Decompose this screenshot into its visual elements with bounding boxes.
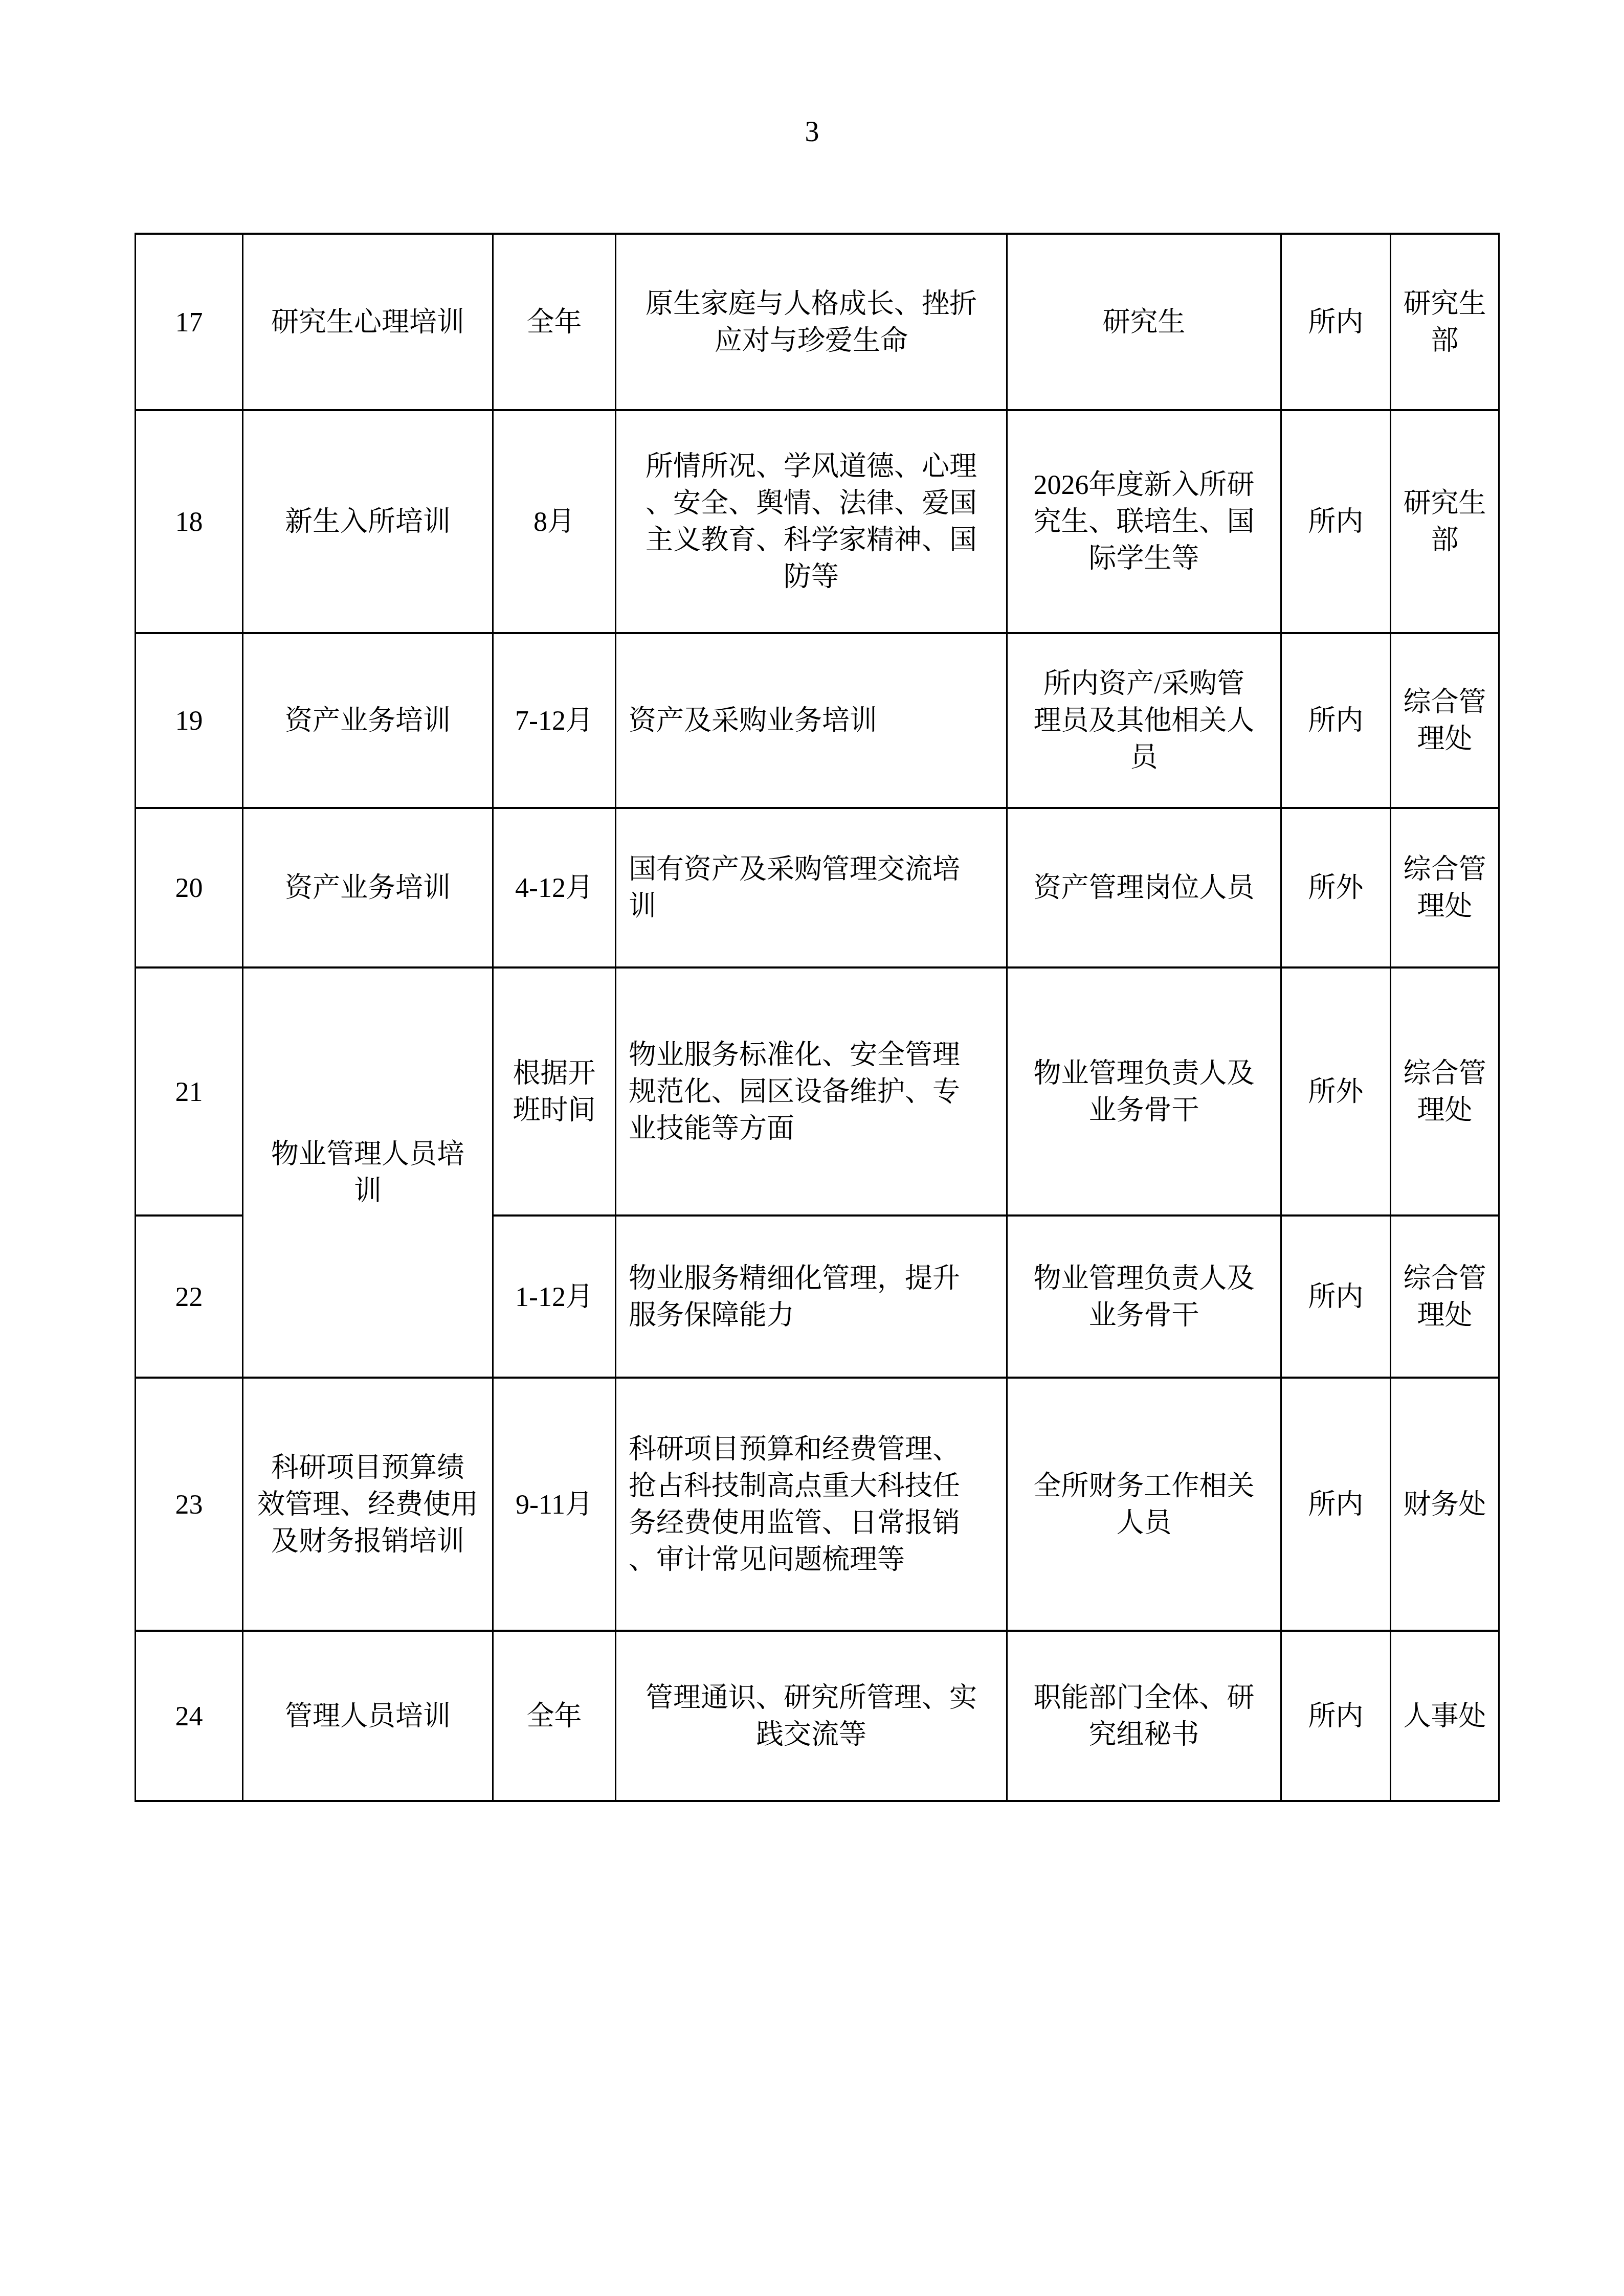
time-cell: 8月	[493, 410, 616, 633]
location-cell: 所外	[1281, 808, 1391, 967]
audience-cell: 研究生	[1007, 234, 1281, 410]
seq-cell: 18	[136, 410, 243, 633]
content-cell: 管理通识、研究所管理、实 践交流等	[616, 1631, 1007, 1801]
location-cell: 所内	[1281, 1215, 1391, 1378]
table-row: 17 研究生心理培训 全年 原生家庭与人格成长、挫折 应对与珍爱生命 研究生 所…	[136, 234, 1499, 410]
content-cell: 资产及采购业务培训	[616, 633, 1007, 808]
course-name-cell-merged: 物业管理人员培 训	[243, 967, 493, 1378]
audience-cell: 物业管理负责人及 业务骨干	[1007, 1215, 1281, 1378]
time-cell: 9-11月	[493, 1378, 616, 1631]
seq-cell: 23	[136, 1378, 243, 1631]
course-name-cell: 资产业务培训	[243, 808, 493, 967]
department-cell: 综合管 理处	[1391, 1215, 1499, 1378]
time-cell: 7-12月	[493, 633, 616, 808]
table-row: 21 物业管理人员培 训 根据开 班时间 物业服务标准化、安全管理 规范化、园区…	[136, 967, 1499, 1215]
department-cell: 研究生 部	[1391, 410, 1499, 633]
content-cell: 所情所况、学风道德、心理 、安全、舆情、法律、爱国 主义教育、科学家精神、国 防…	[616, 410, 1007, 633]
course-name-cell: 新生入所培训	[243, 410, 493, 633]
content-cell: 物业服务标准化、安全管理 规范化、园区设备维护、专 业技能等方面	[616, 967, 1007, 1215]
table-row: 20 资产业务培训 4-12月 国有资产及采购管理交流培 训 资产管理岗位人员 …	[136, 808, 1499, 967]
audience-cell: 物业管理负责人及 业务骨干	[1007, 967, 1281, 1215]
seq-cell: 19	[136, 633, 243, 808]
course-name-cell: 资产业务培训	[243, 633, 493, 808]
location-cell: 所内	[1281, 410, 1391, 633]
department-cell: 人事处	[1391, 1631, 1499, 1801]
course-name-cell: 研究生心理培训	[243, 234, 493, 410]
location-cell: 所外	[1281, 967, 1391, 1215]
location-cell: 所内	[1281, 1378, 1391, 1631]
department-cell: 综合管 理处	[1391, 967, 1499, 1215]
seq-cell: 17	[136, 234, 243, 410]
time-cell: 根据开 班时间	[493, 967, 616, 1215]
location-cell: 所内	[1281, 234, 1391, 410]
seq-cell: 24	[136, 1631, 243, 1801]
content-cell: 国有资产及采购管理交流培 训	[616, 808, 1007, 967]
time-cell: 全年	[493, 1631, 616, 1801]
table-row: 23 科研项目预算绩 效管理、经费使用 及财务报销培训 9-11月 科研项目预算…	[136, 1378, 1499, 1631]
audience-cell: 所内资产/采购管 理员及其他相关人 员	[1007, 633, 1281, 808]
time-cell: 全年	[493, 234, 616, 410]
time-cell: 1-12月	[493, 1215, 616, 1378]
audience-cell: 资产管理岗位人员	[1007, 808, 1281, 967]
department-cell: 研究生 部	[1391, 234, 1499, 410]
course-name-cell: 管理人员培训	[243, 1631, 493, 1801]
content-cell: 科研项目预算和经费管理、 抢占科技制高点重大科技任 务经费使用监管、日常报销 、…	[616, 1378, 1007, 1631]
location-cell: 所内	[1281, 633, 1391, 808]
content-cell: 物业服务精细化管理，提升 服务保障能力	[616, 1215, 1007, 1378]
seq-cell: 21	[136, 967, 243, 1215]
table-row: 18 新生入所培训 8月 所情所况、学风道德、心理 、安全、舆情、法律、爱国 主…	[136, 410, 1499, 633]
location-cell: 所内	[1281, 1631, 1391, 1801]
department-cell: 财务处	[1391, 1378, 1499, 1631]
content-cell: 原生家庭与人格成长、挫折 应对与珍爱生命	[616, 234, 1007, 410]
table-row: 24 管理人员培训 全年 管理通识、研究所管理、实 践交流等 职能部门全体、研 …	[136, 1631, 1499, 1801]
time-cell: 4-12月	[493, 808, 616, 967]
page-number: 3	[0, 117, 1624, 147]
audience-cell: 全所财务工作相关 人员	[1007, 1378, 1281, 1631]
course-name-cell: 科研项目预算绩 效管理、经费使用 及财务报销培训	[243, 1378, 493, 1631]
training-plan-table: 17 研究生心理培训 全年 原生家庭与人格成长、挫折 应对与珍爱生命 研究生 所…	[135, 233, 1500, 1802]
audience-cell: 2026年度新入所研 究生、联培生、国 际学生等	[1007, 410, 1281, 633]
table-row: 19 资产业务培训 7-12月 资产及采购业务培训 所内资产/采购管 理员及其他…	[136, 633, 1499, 808]
department-cell: 综合管 理处	[1391, 808, 1499, 967]
seq-cell: 20	[136, 808, 243, 967]
document-page: 3 17 研究生心理培训 全年 原生家庭与人格成长、挫折 应对与珍爱生命 研究生…	[0, 0, 1624, 2296]
department-cell: 综合管 理处	[1391, 633, 1499, 808]
seq-cell: 22	[136, 1215, 243, 1378]
audience-cell: 职能部门全体、研 究组秘书	[1007, 1631, 1281, 1801]
